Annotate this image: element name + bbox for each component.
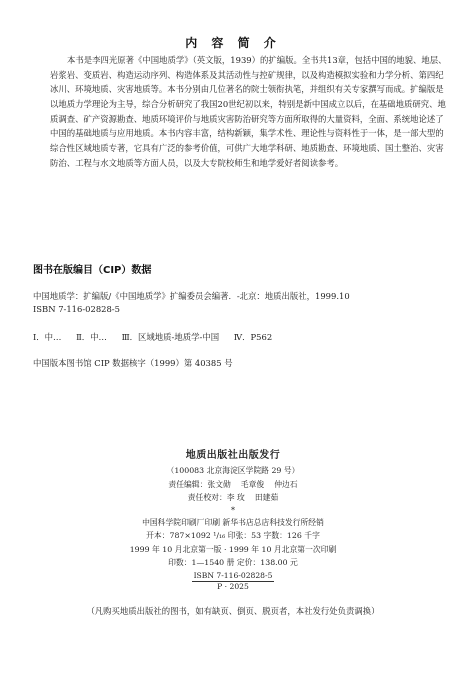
isbn-numerator: ISBN 7-116-02828-5 xyxy=(192,571,275,582)
cip-class-3: Ⅲ．区域地质-地质学-中国 xyxy=(122,332,220,342)
editor-name: 毛章俊 xyxy=(241,480,264,489)
replacement-notice: （凡购买地质出版社的图书，如有缺页、倒页、脱页者，本社发行处负责调换） xyxy=(0,605,466,617)
intro-line: 以地质力学理论为主导，综合分析研究了我国20世纪初以来，特别是新中国成立以后，在… xyxy=(50,97,414,112)
cip-class-4: Ⅳ．P562 xyxy=(234,332,272,342)
publisher-block: 地质出版社出版发行 （100083 北京海淀区学院路 29 号） 责任编辑：张文… xyxy=(0,447,466,593)
cip-heading: 图书在版编目（CIP）数据 xyxy=(33,261,151,276)
cip-catalog-line: 中国地质学：扩编版/《中国地质学》扩编委员会编著．-北京：地质出版社，1999.… xyxy=(33,290,350,302)
cip-class-1: Ⅰ．中… xyxy=(33,332,61,342)
cip-isbn: ISBN 7-116-02828-5 xyxy=(33,304,120,314)
cip-record-number: 中国版本图书馆 CIP 数据核字（1999）第 40385 号 xyxy=(33,357,233,369)
cip-class-2: Ⅱ．中… xyxy=(76,332,107,342)
publisher-address: （100083 北京海淀区学院路 29 号） xyxy=(0,464,466,478)
intro-line: 冰川、环境地质、灾害地质等。本书分别由几位著名的院士领衔执笔，并组织有关专家撰写… xyxy=(50,82,414,97)
edition-line: 1999 年 10 月北京第一版 · 1999 年 10 月北京第一次印刷 xyxy=(0,543,466,557)
intro-title: 内 容 简 介 xyxy=(0,34,466,51)
publisher-name: 地质出版社出版发行 xyxy=(0,447,466,464)
isbn-fraction: ISBN 7-116-02828-5 P · 2025 xyxy=(192,571,275,592)
separator-star: * xyxy=(0,505,466,516)
intro-line: 中国的基础地质与应用地质。本书内容丰富，结构新颖，集学术性、理论性与资料性于一体… xyxy=(50,126,414,141)
intro-line: 防治、工程与水文地质等方面人员，以及大专院校师生和地学爱好者阅读参考。 xyxy=(50,156,414,171)
editor-name: 仲边石 xyxy=(274,480,297,489)
proofreaders-label: 责任校对： xyxy=(188,493,227,502)
proofreader-name: 李 玫 xyxy=(227,493,245,502)
intro-line: 岩浆岩、变质岩、构造运动序列、构造体系及其活动性与控矿规律，以及构造模拟实验和力… xyxy=(50,68,414,83)
copyright-page: 内 容 简 介 本书是李四光原著《中国地质学》（英文版，1939）的扩编版。全书… xyxy=(0,0,466,681)
editors-label: 责任编辑： xyxy=(168,480,207,489)
proofreader-name: 田建茹 xyxy=(255,493,278,502)
intro-line: 综合性区域地质专著，它具有广泛的参考价值，可供广大地学科研、地质勘查、环境地质、… xyxy=(50,141,414,156)
cip-classifications: Ⅰ．中… Ⅱ．中… Ⅲ．区域地质-地质学-中国 Ⅳ．P562 xyxy=(33,331,284,343)
format-line: 开本：787×1092 ¹/₁₆ 印张：53 字数：126 千字 xyxy=(0,529,466,543)
print-run-line: 印数：1—1540 册 定价：138.00 元 xyxy=(0,556,466,570)
intro-line: 质调查、矿产资源勘查、地质环境评价与地质灾害防治研究等方面所取得的大量资料，全面… xyxy=(50,112,414,127)
responsible-editors: 责任编辑：张文勋毛章俊仲边石 xyxy=(0,478,466,492)
printer-line: 中国科学院印刷厂印刷 新华书店总店科技发行所经销 xyxy=(0,516,466,530)
intro-paragraph: 本书是李四光原著《中国地质学》（英文版，1939）的扩编版。全书共13章，包括中… xyxy=(50,53,414,171)
editor-name: 张文勋 xyxy=(207,480,230,489)
intro-line: 本书是李四光原著《中国地质学》（英文版，1939）的扩编版。全书共13章，包括中… xyxy=(50,53,414,68)
responsible-proofreaders: 责任校对：李 玫田建茹 xyxy=(0,491,466,505)
isbn-denominator: P · 2025 xyxy=(192,582,275,592)
